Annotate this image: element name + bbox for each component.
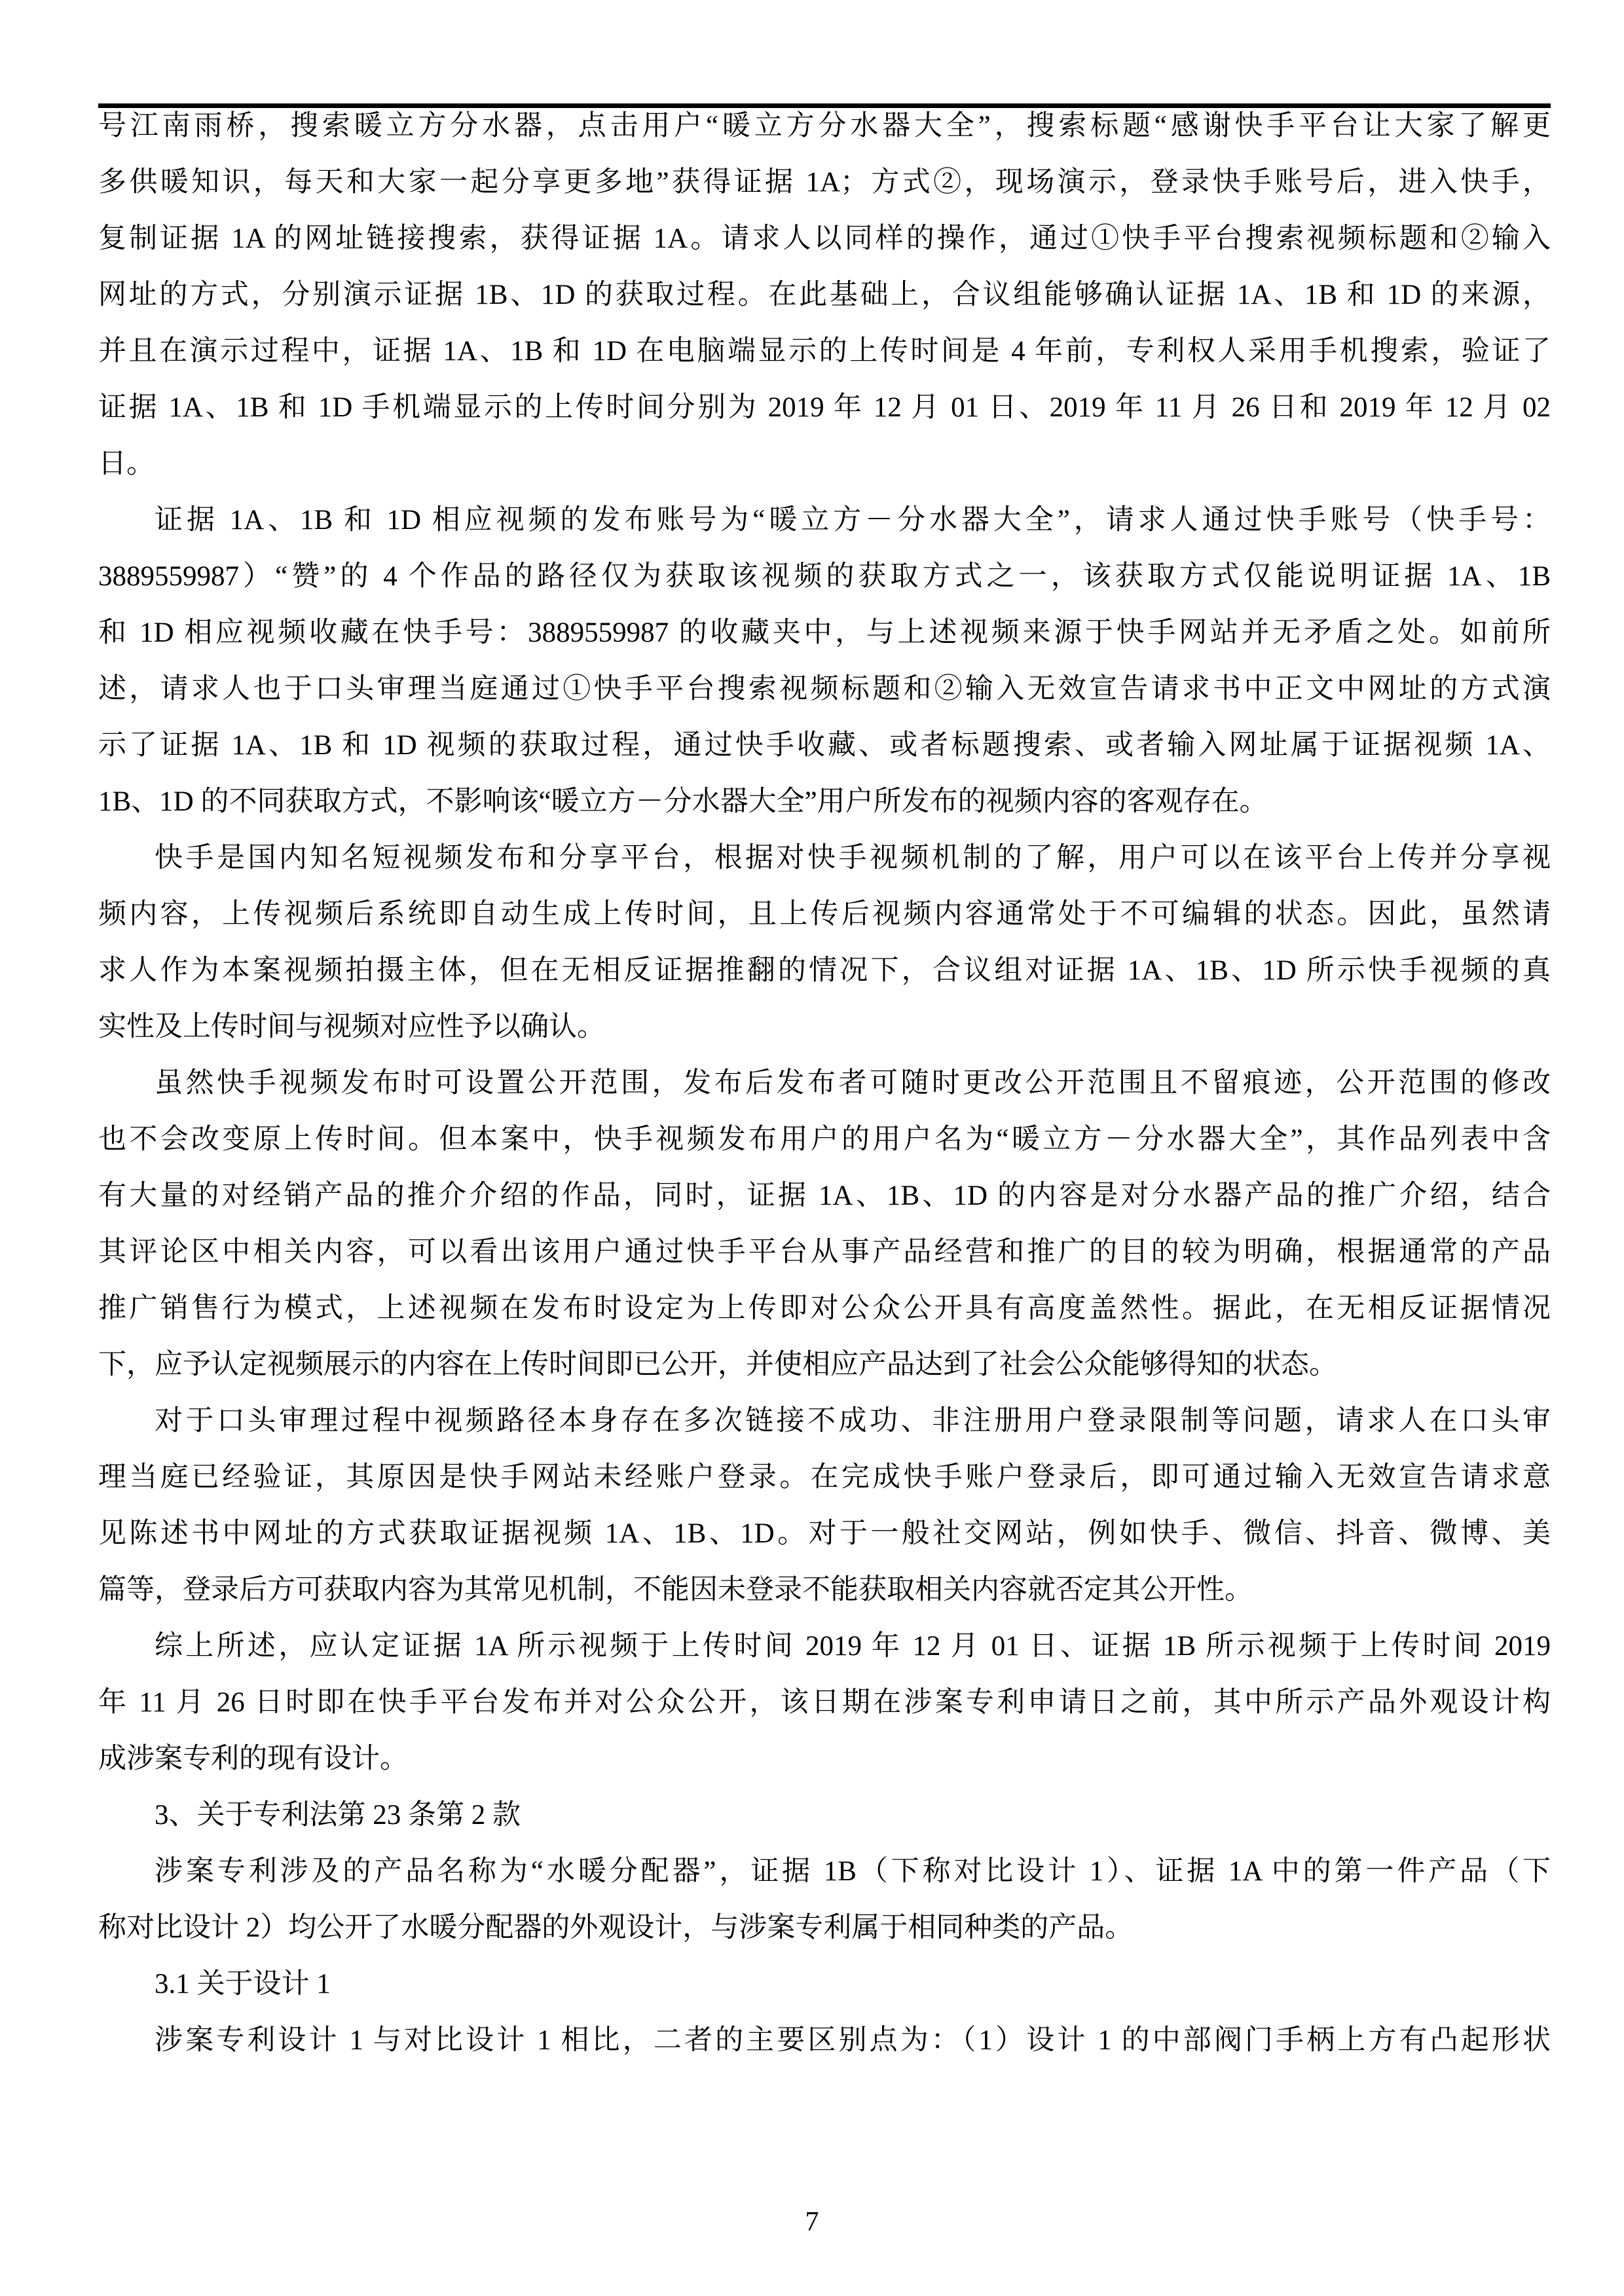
text-line: 见陈述书中网址的方式获取证据视频 1A、1B、1D。对于一般社交网站，例如快手、… bbox=[98, 1506, 1551, 1562]
text-line: 综上所述，应认定证据 1A 所示视频于上传时间 2019 年 12 月 01 日… bbox=[98, 1618, 1551, 1675]
text-line: 3889559987）“赞”的 4 个作品的路径仅为获取该视频的获取方式之一，该… bbox=[98, 549, 1551, 605]
text-line: 推广销售行为模式，上述视频在发布时设定为上传即对公众公开具有高度盖然性。据此，在… bbox=[98, 1281, 1551, 1337]
document-page: 号江南雨桥，搜索暖立方分水器，点击用户“暖立方分水器大全”，搜索标题“感谢快手平… bbox=[0, 0, 1624, 2296]
text-line: 3、关于专利法第 23 条第 2 款 bbox=[98, 1787, 1551, 1844]
text-line: 年 11 月 26 日时即在快手平台发布并对公众公开，该日期在涉案专利申请日之前… bbox=[98, 1675, 1551, 1731]
page-number: 7 bbox=[0, 2205, 1624, 2239]
text-line: 其评论区中相关内容，可以看出该用户通过快手平台从事产品经营和推广的目的较为明确，… bbox=[98, 1224, 1551, 1281]
text-line: 复制证据 1A 的网址链接搜索，获得证据 1A。请求人以同样的操作，通过①快手平… bbox=[98, 211, 1551, 267]
text-line: 涉案专利涉及的产品名称为“水暖分配器”，证据 1B（下称对比设计 1）、证据 1… bbox=[98, 1844, 1551, 1900]
text-line: 对于口头审理过程中视频路径本身存在多次链接不成功、非注册用户登录限制等问题，请求… bbox=[98, 1393, 1551, 1449]
document-body: 号江南雨桥，搜索暖立方分水器，点击用户“暖立方分水器大全”，搜索标题“感谢快手平… bbox=[98, 98, 1551, 2069]
text-line: 多供暖知识，每天和大家一起分享更多地”获得证据 1A；方式②，现场演示，登录快手… bbox=[98, 155, 1551, 211]
text-line: 涉案专利设计 1 与对比设计 1 相比，二者的主要区别点为：（1）设计 1 的中… bbox=[98, 2013, 1551, 2069]
text-line: 网址的方式，分别演示证据 1B、1D 的获取过程。在此基础上，合议组能够确认证据… bbox=[98, 267, 1551, 323]
text-line: 下，应予认定视频展示的内容在上传时间即已公开，并使相应产品达到了社会公众能够得知… bbox=[98, 1337, 1551, 1393]
text-line: 成涉案专利的现有设计。 bbox=[98, 1731, 1551, 1787]
text-line: 述，请求人也于口头审理当庭通过①快手平台搜索视频标题和②输入无效宣告请求书中正文… bbox=[98, 661, 1551, 718]
text-line: 理当庭已经验证，其原因是快手网站未经账户登录。在完成快手账户登录后，即可通过输入… bbox=[98, 1449, 1551, 1506]
text-line: 虽然快手视频发布时可设置公开范围，发布后发布者可随时更改公开范围且不留痕迹，公开… bbox=[98, 1055, 1551, 1112]
text-line: 并且在演示过程中，证据 1A、1B 和 1D 在电脑端显示的上传时间是 4 年前… bbox=[98, 323, 1551, 380]
text-line: 3.1 关于设计 1 bbox=[98, 1956, 1551, 2013]
text-line: 证据 1A、1B 和 1D 手机端显示的上传时间分别为 2019 年 12 月 … bbox=[98, 380, 1551, 436]
text-line: 称对比设计 2）均公开了水暖分配器的外观设计，与涉案专利属于相同种类的产品。 bbox=[98, 1900, 1551, 1956]
text-line: 有大量的对经销产品的推介介绍的作品，同时，证据 1A、1B、1D 的内容是对分水… bbox=[98, 1168, 1551, 1224]
text-line: 频内容，上传视频后系统即自动生成上传时间，且上传后视频内容通常处于不可编辑的状态… bbox=[98, 886, 1551, 943]
text-line: 求人作为本案视频拍摄主体，但在无相反证据推翻的情况下，合议组对证据 1A、1B、… bbox=[98, 943, 1551, 999]
text-line: 示了证据 1A、1B 和 1D 视频的获取过程，通过快手收藏、或者标题搜索、或者… bbox=[98, 718, 1551, 774]
text-line: 也不会改变原上传时间。但本案中，快手视频发布用户的用户名为“暖立方－分水器大全”… bbox=[98, 1112, 1551, 1168]
text-line: 篇等，登录后方可获取内容为其常见机制，不能因未登录不能获取相关内容就否定其公开性… bbox=[98, 1562, 1551, 1618]
text-line: 号江南雨桥，搜索暖立方分水器，点击用户“暖立方分水器大全”，搜索标题“感谢快手平… bbox=[98, 98, 1551, 155]
text-line: 实性及上传时间与视频对应性予以确认。 bbox=[98, 999, 1551, 1055]
text-line: 证据 1A、1B 和 1D 相应视频的发布账号为“暖立方－分水器大全”，请求人通… bbox=[98, 492, 1551, 549]
text-line: 日。 bbox=[98, 436, 1551, 492]
text-line: 快手是国内知名短视频发布和分享平台，根据对快手视频机制的了解，用户可以在该平台上… bbox=[98, 830, 1551, 886]
text-line: 和 1D 相应视频收藏在快手号：3889559987 的收藏夹中，与上述视频来源… bbox=[98, 605, 1551, 661]
text-line: 1B、1D 的不同获取方式，不影响该“暖立方－分水器大全”用户所发布的视频内容的… bbox=[98, 774, 1551, 830]
